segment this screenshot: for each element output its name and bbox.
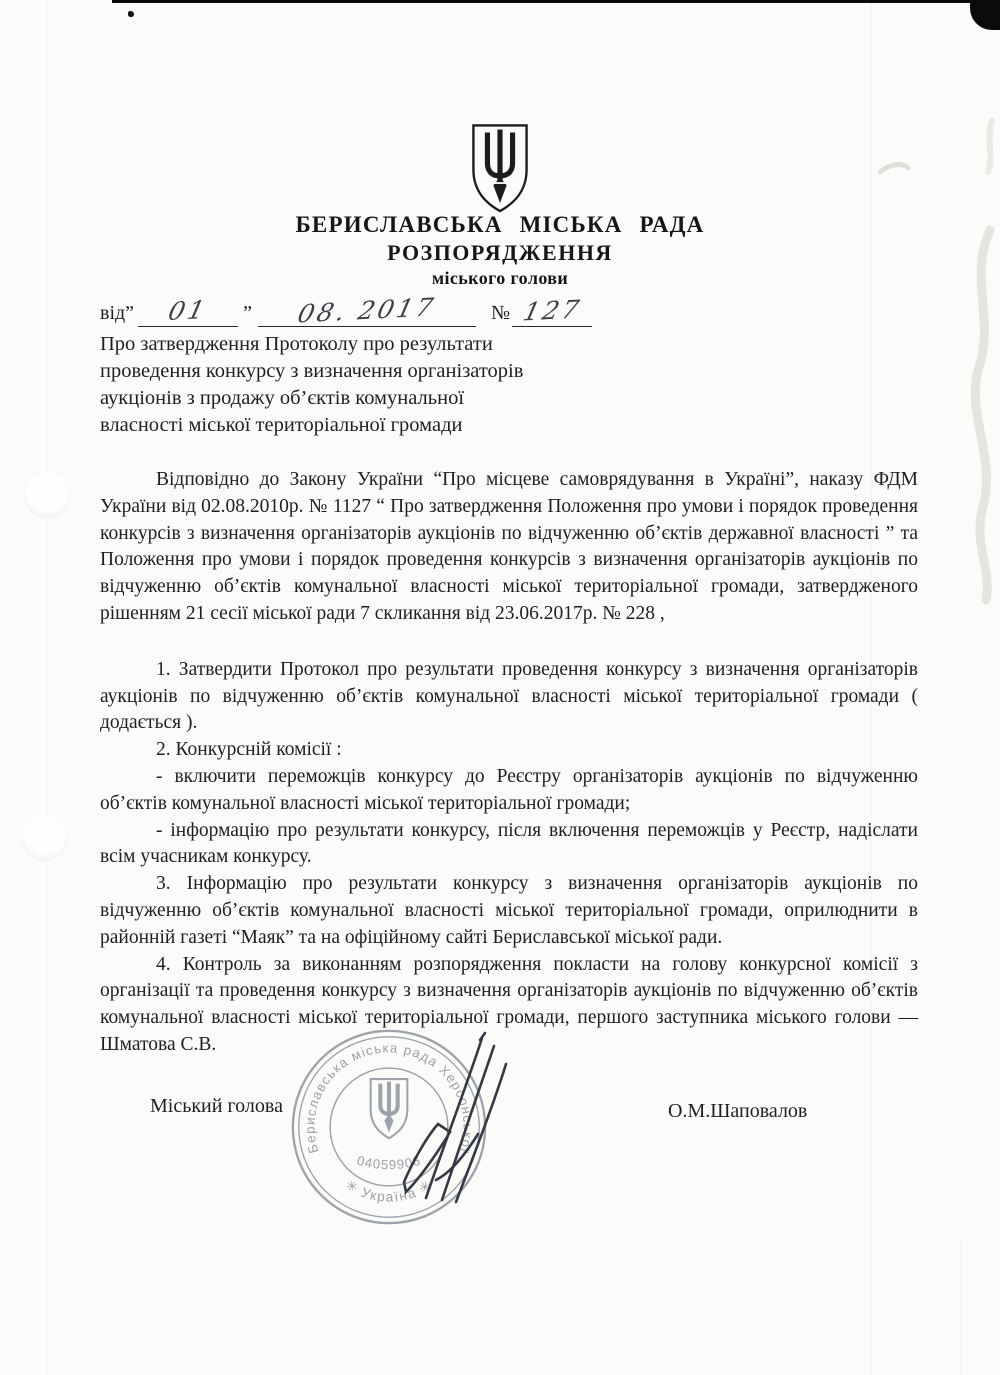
- scan-fold-line: [961, 1240, 962, 1375]
- item-2-subitem-1: - включити переможців конкурсу до Реєстр…: [100, 764, 918, 818]
- closing-quote: ”: [243, 302, 252, 327]
- preamble-paragraph: Відповідно до Закону України “Про місцев…: [100, 467, 918, 628]
- subject-line: Про затвердження Протоколу про результат…: [100, 331, 620, 358]
- item-2: 2. Конкурсній комісії :: [100, 737, 918, 764]
- handwritten-number: 127: [520, 295, 585, 328]
- item-2-subitem-2: - інформацію про результати конкурсу, пі…: [100, 818, 918, 872]
- document-subtitle: міського голови: [0, 268, 1000, 289]
- handwritten-day: 01: [165, 295, 210, 327]
- handwritten-signature: [392, 1030, 532, 1208]
- date-number-line: від”01 ”08. 2017 №127: [100, 296, 592, 327]
- signer-title: Міський голова: [150, 1095, 283, 1118]
- document-type-title: РОЗПОРЯДЖЕННЯ: [0, 240, 1000, 266]
- punch-hole: [24, 473, 70, 517]
- scan-fold-line: [47, 0, 48, 1375]
- punch-hole: [22, 816, 68, 860]
- day-field: 01: [138, 296, 238, 327]
- subject-line: проведення конкурсу з визначення організ…: [100, 358, 620, 385]
- number-field: 127: [512, 296, 592, 327]
- signer-name: О.М.Шаповалов: [668, 1100, 807, 1123]
- scanned-document-page: БЕРИСЛАВСЬКА МІСЬКА РАДА РОЗПОРЯДЖЕННЯ м…: [0, 0, 1000, 1375]
- item-1: 1. Затвердити Протокол про результати пр…: [100, 657, 918, 737]
- date-prefix-label: від”: [100, 302, 134, 327]
- number-sign-label: №: [491, 302, 510, 327]
- ink-speck: [128, 11, 134, 17]
- subject-line: власності міської територіальної громади: [100, 412, 620, 439]
- date-field: 08. 2017: [258, 296, 476, 327]
- scan-edge-artifact: [112, 0, 1000, 3]
- document-subject: Про затвердження Протоколу про результат…: [100, 331, 620, 439]
- subject-line: аукціонів з продажу об’єктів комунальної: [100, 385, 620, 412]
- organization-name: БЕРИСЛАВСЬКА МІСЬКА РАДА: [0, 212, 1000, 238]
- handwritten-date: 08. 2017: [295, 292, 439, 329]
- item-3: 3. Інформацію про результати конкурсу з …: [100, 871, 918, 951]
- scan-corner-artifact: [970, 0, 1000, 30]
- ukraine-trident-emblem-icon: [463, 121, 537, 217]
- document-body: Відповідно до Закону України “Про місцев…: [100, 467, 918, 1059]
